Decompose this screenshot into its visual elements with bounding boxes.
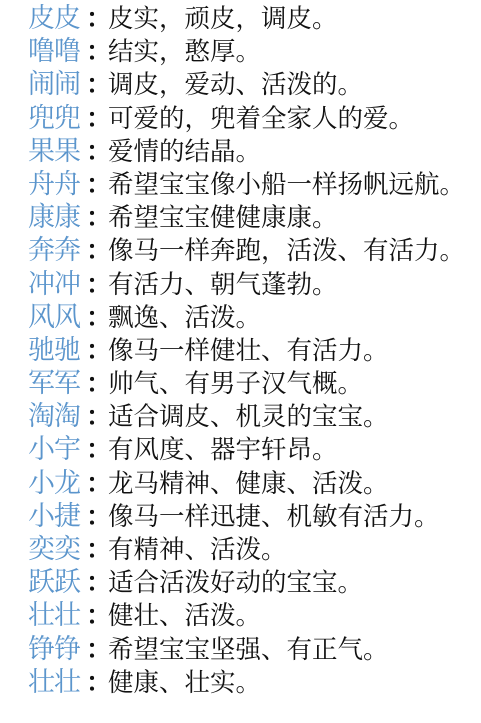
entry-meaning: 调皮，爱动、活泼的。 bbox=[108, 69, 363, 102]
list-item: 闹闹：调皮，爱动、活泼的。 bbox=[28, 68, 465, 101]
entry-meaning: 适合活泼好动的宝宝。 bbox=[108, 567, 363, 600]
entry-name: 跃跃 bbox=[28, 566, 86, 599]
separator: ： bbox=[86, 103, 108, 136]
entry-meaning: 像马一样奔跑，活泼、有活力。 bbox=[108, 235, 465, 268]
entry-name: 兜兜 bbox=[28, 102, 86, 135]
entry-meaning: 健壮、活泼。 bbox=[108, 600, 261, 633]
baby-name-list: 皮皮：皮实，顽皮，调皮。 噜噜：结实，憨厚。 闹闹：调皮，爱动、活泼的。 兜兜：… bbox=[28, 2, 465, 699]
separator: ： bbox=[86, 501, 108, 534]
entry-name: 小龙 bbox=[28, 467, 86, 500]
entry-name: 风风 bbox=[28, 301, 86, 334]
entry-name: 壮壮 bbox=[28, 666, 86, 699]
entry-name: 奕奕 bbox=[28, 533, 86, 566]
list-item: 奔奔：像马一样奔跑，活泼、有活力。 bbox=[28, 234, 465, 267]
list-item: 小龙：龙马精神、健康、活泼。 bbox=[28, 467, 465, 500]
entry-meaning: 龙马精神、健康、活泼。 bbox=[108, 468, 389, 501]
entry-name: 闹闹 bbox=[28, 68, 86, 101]
list-item: 小捷：像马一样迅捷、机敏有活力。 bbox=[28, 500, 465, 533]
separator: ： bbox=[86, 667, 108, 700]
entry-name: 奔奔 bbox=[28, 234, 86, 267]
separator: ： bbox=[86, 468, 108, 501]
entry-meaning: 帅气、有男子汉气概。 bbox=[108, 368, 363, 401]
entry-name: 铮铮 bbox=[28, 633, 86, 666]
entry-name: 康康 bbox=[28, 201, 86, 234]
list-item: 舟舟：希望宝宝像小船一样扬帆远航。 bbox=[28, 168, 465, 201]
entry-meaning: 飘逸、活泼。 bbox=[108, 302, 261, 335]
separator: ： bbox=[86, 434, 108, 467]
list-item: 风风：飘逸、活泼。 bbox=[28, 301, 465, 334]
entry-meaning: 结实，憨厚。 bbox=[108, 36, 261, 69]
entry-meaning: 有活力、朝气蓬勃。 bbox=[108, 269, 338, 302]
list-item: 跃跃：适合活泼好动的宝宝。 bbox=[28, 566, 465, 599]
entry-name: 皮皮 bbox=[28, 2, 86, 35]
list-item: 驰驰：像马一样健壮、有活力。 bbox=[28, 334, 465, 367]
list-item: 兜兜：可爱的，兜着全家人的爱。 bbox=[28, 102, 465, 135]
list-item: 军军：帅气、有男子汉气概。 bbox=[28, 367, 465, 400]
entry-meaning: 希望宝宝健健康康。 bbox=[108, 202, 338, 235]
list-item: 小宇：有风度、器宇轩昂。 bbox=[28, 433, 465, 466]
entry-name: 噜噜 bbox=[28, 35, 86, 68]
separator: ： bbox=[86, 567, 108, 600]
list-item: 冲冲：有活力、朝气蓬勃。 bbox=[28, 268, 465, 301]
entry-meaning: 像马一样迅捷、机敏有活力。 bbox=[108, 501, 440, 534]
entry-name: 驰驰 bbox=[28, 334, 86, 367]
entry-meaning: 有风度、器宇轩昂。 bbox=[108, 434, 338, 467]
entry-name: 冲冲 bbox=[28, 268, 86, 301]
separator: ： bbox=[86, 534, 108, 567]
separator: ： bbox=[86, 600, 108, 633]
separator: ： bbox=[86, 368, 108, 401]
separator: ： bbox=[86, 235, 108, 268]
separator: ： bbox=[86, 634, 108, 667]
separator: ： bbox=[86, 202, 108, 235]
entry-meaning: 有精神、活泼。 bbox=[108, 534, 287, 567]
separator: ： bbox=[86, 136, 108, 169]
entry-meaning: 健康、壮实。 bbox=[108, 667, 261, 700]
separator: ： bbox=[86, 335, 108, 368]
list-item: 铮铮：希望宝宝坚强、有正气。 bbox=[28, 633, 465, 666]
list-item: 果果：爱情的结晶。 bbox=[28, 135, 465, 168]
entry-meaning: 像马一样健壮、有活力。 bbox=[108, 335, 389, 368]
entry-meaning: 可爱的，兜着全家人的爱。 bbox=[108, 103, 414, 136]
entry-meaning: 希望宝宝坚强、有正气。 bbox=[108, 634, 389, 667]
entry-name: 壮壮 bbox=[28, 599, 86, 632]
list-item: 奕奕：有精神、活泼。 bbox=[28, 533, 465, 566]
entry-name: 军军 bbox=[28, 367, 86, 400]
entry-name: 小宇 bbox=[28, 433, 86, 466]
separator: ： bbox=[86, 3, 108, 36]
entry-meaning: 适合调皮、机灵的宝宝。 bbox=[108, 401, 389, 434]
entry-meaning: 爱情的结晶。 bbox=[108, 136, 261, 169]
list-item: 皮皮：皮实，顽皮，调皮。 bbox=[28, 2, 465, 35]
list-item: 噜噜：结实，憨厚。 bbox=[28, 35, 465, 68]
entry-name: 舟舟 bbox=[28, 168, 86, 201]
entry-meaning: 希望宝宝像小船一样扬帆远航。 bbox=[108, 169, 465, 202]
separator: ： bbox=[86, 69, 108, 102]
list-item: 淘淘：适合调皮、机灵的宝宝。 bbox=[28, 400, 465, 433]
separator: ： bbox=[86, 169, 108, 202]
entry-name: 果果 bbox=[28, 135, 86, 168]
separator: ： bbox=[86, 36, 108, 69]
list-item: 壮壮：健壮、活泼。 bbox=[28, 599, 465, 632]
entry-name: 淘淘 bbox=[28, 400, 86, 433]
entry-meaning: 皮实，顽皮，调皮。 bbox=[108, 3, 338, 36]
separator: ： bbox=[86, 269, 108, 302]
list-item: 康康：希望宝宝健健康康。 bbox=[28, 201, 465, 234]
separator: ： bbox=[86, 302, 108, 335]
entry-name: 小捷 bbox=[28, 500, 86, 533]
separator: ： bbox=[86, 401, 108, 434]
list-item: 壮壮：健康、壮实。 bbox=[28, 666, 465, 699]
